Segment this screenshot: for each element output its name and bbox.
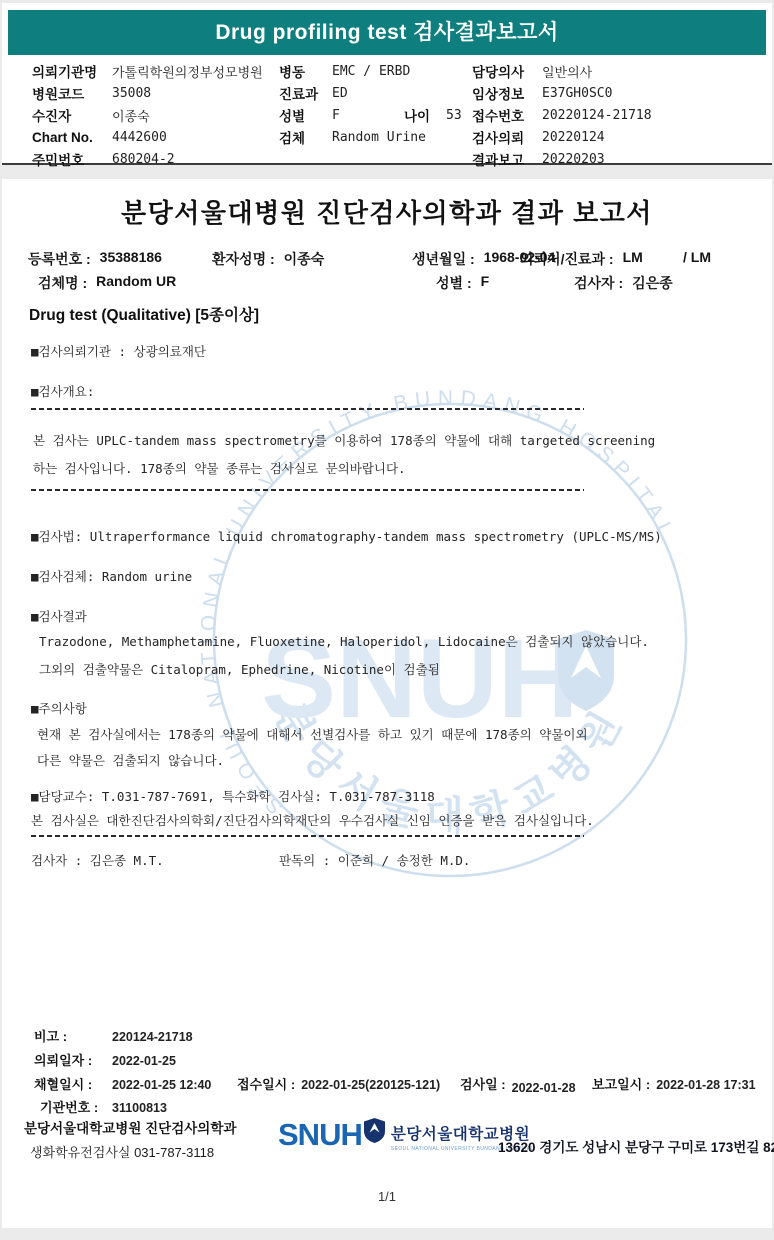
field-value: 2022-01-25 <box>112 1054 176 1068</box>
header-row: 진료과 ED <box>279 82 462 104</box>
field-value: Random Urine <box>332 130 426 145</box>
snuh-logo: SNUH 분당서울대학교병원 SEOUL NATIONAL UNIVERSITY… <box>278 1120 534 1152</box>
patient-department: 의뢰처/진료과 : LM <box>520 249 643 269</box>
field-label: 진료과 <box>279 83 332 103</box>
footer-lab-line: 생화학유전검사실 031-787-3118 <box>30 1142 214 1161</box>
snuh-shield-icon <box>364 1118 385 1143</box>
divider-dashed <box>31 489 584 491</box>
footer-report-datetime: 보고일시 : 2022-01-28 17:31 <box>592 1074 756 1093</box>
field-label: 환자성명 : <box>212 249 275 269</box>
field-value: EMC / ERBD <box>332 64 410 79</box>
header-column-left: 의뢰기관명 가톨릭학원의정부성모병원 병원코드 35008 수진자 이종숙 Ch… <box>32 60 263 170</box>
field-label: 수진자 <box>32 105 112 125</box>
header-row: 수진자 이종숙 <box>32 104 263 126</box>
field-label: 검사자 : <box>574 273 623 293</box>
footer-note: 비고 : 220124-21718 <box>34 1026 193 1045</box>
field-label: 검체 <box>279 127 332 147</box>
header-row: 접수번호 20220124-21718 <box>472 104 652 126</box>
test-name-title: Drug test (Qualitative) [5종이상] <box>29 303 259 325</box>
result-line-1: Trazodone, Methamphetamine, Fluoxetine, … <box>39 632 649 650</box>
field-value: 2022-01-25(220125-121) <box>301 1078 440 1092</box>
field-value: 680204-2 <box>112 152 175 167</box>
field-value: / LM <box>683 249 711 265</box>
field-label: 주민번호 <box>32 149 112 169</box>
patient-reg-no: 등록번호 : 35388186 <box>28 249 162 269</box>
section-specimen: ■검사검체: Random urine <box>31 567 192 585</box>
accreditation-line: 본 검사실은 대한진단검사의학회/진단검사의학재단의 우수검사실 신임 인증을 … <box>31 811 594 829</box>
field-label: 접수번호 <box>472 105 542 125</box>
field-label: 기관번호 : <box>40 1097 106 1116</box>
field-label: 보고일시 : <box>592 1074 650 1093</box>
field-value: 31100813 <box>112 1101 167 1115</box>
field-label: 담당의사 <box>472 61 542 81</box>
field-value: F <box>481 273 490 293</box>
header-row: 의뢰기관명 가톨릭학원의정부성모병원 <box>32 60 263 82</box>
section-overview-heading: ■검사개요: <box>31 382 94 400</box>
caution-line-1: 현재 본 검사실에서는 178종의 약물에 대해서 선별검사를 하고 있기 때문… <box>37 725 588 743</box>
field-value: 이종숙 <box>284 249 325 269</box>
document-page: Drug profiling test 검사결과보고서 의뢰기관명 가톨릭학원의… <box>0 0 774 1240</box>
overview-line-1: 본 검사는 UPLC-tandem mass spectrometry를 이용하… <box>33 431 655 449</box>
field-label: 의뢰기관명 <box>32 61 112 81</box>
overview-line-2: 하는 검사입니다. 178종의 약물 종류는 검사실로 문의바랍니다. <box>33 459 406 477</box>
field-label: 나이 <box>404 105 446 125</box>
field-label: Chart No. <box>32 130 112 145</box>
field-value: LM <box>623 249 643 269</box>
patient-specimen: 검체명 : Random UR <box>38 273 176 293</box>
header-column-middle: 병동 EMC / ERBD 진료과 ED 성별 F 나이 53 검체 Rando… <box>279 60 462 148</box>
field-label: 의뢰처/진료과 : <box>520 249 614 269</box>
field-value: 20220124 <box>542 130 605 145</box>
section-result-heading: ■검사결과 <box>31 607 87 625</box>
field-value: 53 <box>446 108 462 123</box>
header-row: 담당의사 일반의사 <box>472 60 652 82</box>
field-value: Random UR <box>96 273 176 293</box>
field-value: 일반의사 <box>542 62 592 81</box>
divider-dashed <box>31 408 584 410</box>
patient-sex: 성별 : F <box>436 273 489 293</box>
header-sheet: Drug profiling test 검사결과보고서 의뢰기관명 가톨릭학원의… <box>2 3 772 165</box>
header-row: 검체 Random Urine <box>279 126 462 148</box>
field-label: 검체명 : <box>38 273 87 293</box>
report-title-bar: Drug profiling test 검사결과보고서 <box>8 10 766 55</box>
footer-department-line: 분당서울대학교병원 진단검사의학과 <box>24 1117 236 1137</box>
field-value: 4442600 <box>112 130 167 145</box>
field-label: 성별 <box>279 105 332 125</box>
header-row: 주민번호 680204-2 <box>32 148 263 170</box>
patient-name: 환자성명 : 이종숙 <box>212 249 324 269</box>
section-request-org: ■검사의뢰기관 : 상광의료재단 <box>31 342 206 360</box>
snuh-logo-text: SNUH <box>278 1120 362 1150</box>
field-label: 등록번호 : <box>28 249 91 269</box>
hospital-address: 13620 경기도 성남시 분당구 구미로 173번길 82 <box>498 1136 774 1156</box>
header-column-right: 담당의사 일반의사 임상정보 E37GH0SC0 접수번호 20220124-2… <box>472 60 652 170</box>
field-value: 35388186 <box>100 249 162 269</box>
caution-line-2: 다른 약물은 검출되지 않습니다. <box>37 751 224 769</box>
footer-org-number: 기관번호 : 31100813 <box>40 1097 167 1116</box>
footer-test-date: 검사일 : 2022-01-28 <box>460 1074 576 1093</box>
field-value: 가톨릭학원의정부성모병원 <box>112 62 263 81</box>
section-caution-heading: ■주의사항 <box>31 699 87 717</box>
patient-examiner: 검사자 : 김은종 <box>574 273 673 293</box>
header-row: Chart No. 4442600 <box>32 126 263 148</box>
field-label: 접수일시 : <box>237 1074 295 1093</box>
header-row: 검사의뢰 20220124 <box>472 126 652 148</box>
field-value: 35008 <box>112 86 151 101</box>
divider-dashed <box>31 835 584 837</box>
footer-receipt-datetime: 접수일시 : 2022-01-25(220125-121) <box>237 1074 440 1093</box>
header-row: 병동 EMC / ERBD <box>279 60 462 82</box>
field-label: 검사일 : <box>460 1074 506 1093</box>
section-method: ■검사법: Ultraperformance liquid chromatogr… <box>31 527 662 545</box>
field-value: 2022-01-28 <box>512 1081 576 1095</box>
header-row: 성별 F 나이 53 <box>279 104 462 126</box>
field-label: 성별 : <box>436 273 472 293</box>
signature-reviewer: 판독의 : 이준희 / 송정한 M.D. <box>279 851 470 869</box>
page-number: 1/1 <box>2 1189 772 1204</box>
patient-department-2: / LM <box>683 249 711 265</box>
header-row: 임상정보 E37GH0SC0 <box>472 82 652 104</box>
field-label: 생년월일 : <box>412 249 475 269</box>
field-value: 20220203 <box>542 152 605 167</box>
report-sheet: SEOUL NATIONAL UNIVERSITY BUNDANG HOSPIT… <box>2 179 772 1228</box>
field-label: 병원코드 <box>32 83 112 103</box>
report-main-title: 분당서울대병원 진단검사의학과 결과 보고서 <box>2 193 772 230</box>
field-value: 김은종 <box>632 273 673 293</box>
field-value: 이종숙 <box>112 106 150 125</box>
footer-collect-datetime: 채혈일시 : 2022-01-25 12:40 <box>34 1074 211 1093</box>
field-label: 결과보고 <box>472 149 542 169</box>
watermark-ring-text: SEOUL NATIONAL UNIVERSITY BUNDANG HOSPIT… <box>197 387 681 819</box>
field-value: 20220124-21718 <box>542 108 652 123</box>
field-value: E37GH0SC0 <box>542 86 612 101</box>
hospital-watermark: SEOUL NATIONAL UNIVERSITY BUNDANG HOSPIT… <box>2 179 772 1228</box>
result-line-2: 그외의 검출약물은 Citalopram, Ephedrine, Nicotin… <box>39 660 440 678</box>
section-contact: ■담당교수: T.031-787-7691, 특수화학 검사실: T.031-7… <box>31 787 435 805</box>
header-row: 병원코드 35008 <box>32 82 263 104</box>
field-label: 채혈일시 : <box>34 1074 106 1093</box>
field-label: 의뢰일자 : <box>34 1050 106 1069</box>
field-value: ED <box>332 86 348 101</box>
signature-tester: 검사자 : 김은종 M.T. <box>31 851 164 869</box>
field-label: 검사의뢰 <box>472 127 542 147</box>
field-label: 임상정보 <box>472 83 542 103</box>
header-row: 결과보고 20220203 <box>472 148 652 170</box>
field-value: 2022-01-25 12:40 <box>112 1078 211 1092</box>
footer-request-date: 의뢰일자 : 2022-01-25 <box>34 1050 176 1069</box>
field-label: 비고 : <box>34 1026 106 1045</box>
field-label: 병동 <box>279 61 332 81</box>
field-value: 220124-21718 <box>112 1030 193 1044</box>
field-value: F <box>332 108 404 123</box>
field-value: 2022-01-28 17:31 <box>656 1078 755 1092</box>
